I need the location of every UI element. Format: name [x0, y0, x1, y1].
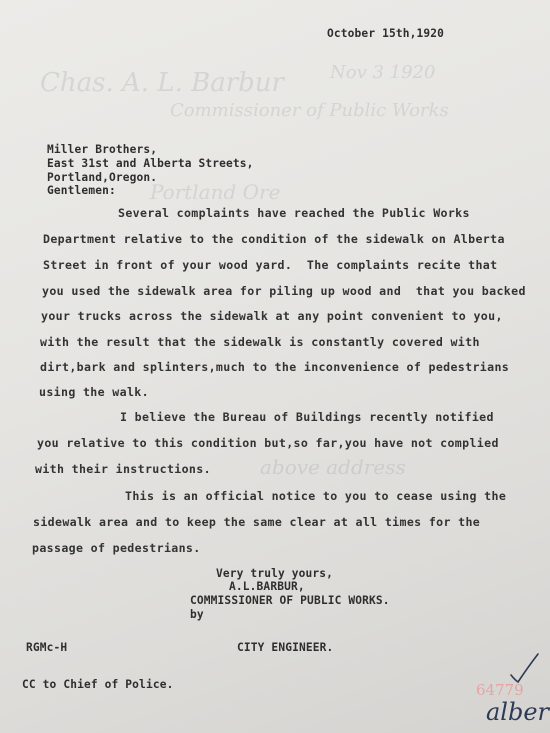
paragraph-line: I believe the Bureau of Buildings recent… — [120, 410, 494, 424]
salutation: Gentlemen: — [47, 184, 116, 197]
pencil-ghost-city: Portland Ore — [150, 180, 280, 204]
stamp-number: 64779 — [476, 681, 524, 699]
pencil-ghost-date: Nov 3 1920 — [330, 62, 435, 83]
recipient-city: Portland,Oregon. — [47, 171, 157, 184]
signer-title: COMMISSIONER OF PUBLIC WORKS. — [190, 594, 390, 607]
recipient-street: East 31st and Alberta Streets, — [47, 157, 254, 170]
paragraph-line: using the walk. — [39, 385, 149, 399]
by-label: by — [190, 608, 204, 621]
recipient-name: Miller Brothers, — [47, 143, 157, 156]
paragraph-line: This is an official notice to you to cea… — [125, 489, 506, 503]
paragraph-line: Street in front of your wood yard. The c… — [43, 258, 497, 272]
paragraph-line: Several complaints have reached the Publ… — [118, 206, 470, 220]
typist-initials: RGMc-H — [26, 641, 67, 654]
paragraph-line: dirt,bark and splinters,much to the inco… — [40, 360, 509, 374]
paragraph-line: you relative to this condition but,so fa… — [37, 436, 499, 450]
paragraph-line: with their instructions. — [35, 462, 211, 476]
carbon-copy-note: CC to Chief of Police. — [22, 678, 173, 691]
paragraph-line: sidewalk area and to keep the same clear… — [33, 515, 480, 529]
paragraph-line: passage of pedestrians. — [32, 541, 201, 555]
paragraph-line: with the result that the sidewalk is con… — [40, 335, 480, 349]
closing: Very truly yours, — [216, 567, 333, 580]
checkmark-icon — [508, 651, 542, 685]
pencil-ghost-address: above address — [260, 455, 406, 479]
paragraph-line: your trucks across the sidewalk at any p… — [41, 309, 503, 323]
handwritten-note: albert — [486, 698, 550, 726]
letter-date: October 15th,1920 — [327, 27, 444, 40]
signer-name: A.L.BARBUR, — [229, 580, 305, 593]
paragraph-line: Department relative to the condition of … — [43, 232, 505, 246]
pencil-ghost-name: Chas. A. L. Barbur — [40, 68, 284, 98]
paragraph-line: you used the sidewalk area for piling up… — [42, 284, 526, 298]
pencil-ghost-title: Commissioner of Public Works — [170, 100, 449, 121]
engineer-title: CITY ENGINEER. — [237, 641, 333, 654]
